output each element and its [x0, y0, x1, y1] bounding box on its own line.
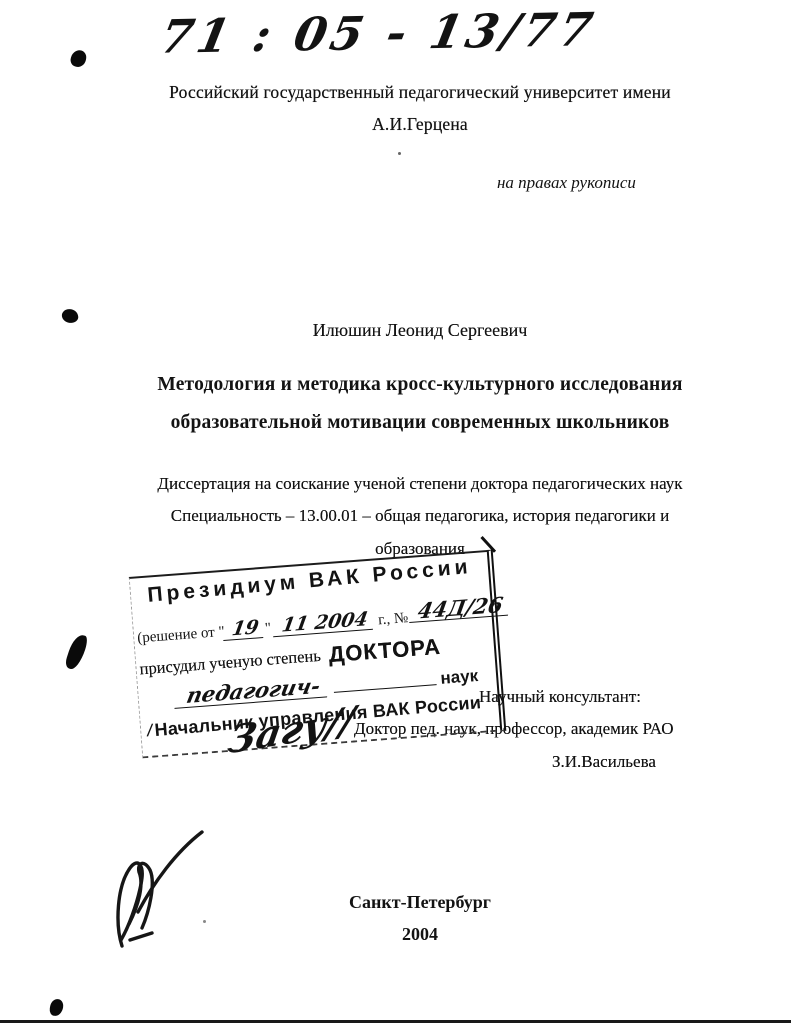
- university-name-line2: А.И.Герцена: [70, 114, 770, 135]
- ink-blot: [69, 48, 88, 68]
- dissertation-title-line1: Методология и методика кросс-культурного…: [70, 374, 770, 396]
- stamp-handwritten-day: 19: [223, 618, 267, 641]
- specialty-line1: Специальность – 13.00.01 – общая педагог…: [70, 506, 770, 526]
- stamp-degree-value: ДОКТОРА: [328, 634, 442, 667]
- dissertation-title-line2: образовательной мотивации современных шк…: [70, 412, 770, 434]
- stamp-bracket-mark: /: [146, 720, 154, 741]
- stamp-number-label: г., №: [374, 610, 413, 629]
- vak-presidium-stamp: Президиум ВАК России (решение от "19" 11…: [129, 550, 507, 759]
- stamp-handwritten-number: 44Д/26: [410, 593, 512, 623]
- stamp-awarded-text: присудил ученую степень: [139, 646, 322, 679]
- scanned-dissertation-title-page: 71 : 05 - 13/77 Российский государственн…: [0, 0, 791, 1024]
- stamp-decision-prefix: (решение от ": [137, 624, 226, 647]
- university-name-line1: Российский государственный педагогически…: [70, 82, 770, 103]
- call-number-handwritten: 71 : 05 - 13/77: [156, 2, 601, 64]
- stamp-decision-line: (решение от "19" 11 2004 г., № 44Д/26: [136, 596, 511, 647]
- speck: [398, 152, 401, 155]
- author-name: Илюшин Леонид Сергеевич: [70, 320, 770, 341]
- scan-bottom-edge: [0, 1020, 791, 1023]
- dissertation-type-line: Диссертация на соискание ученой степени …: [70, 474, 770, 494]
- stamp-field-suffix: наук: [440, 666, 479, 689]
- stamp-official-signature: Загу//: [225, 697, 358, 763]
- city: Санкт-Петербург: [70, 892, 770, 913]
- stamp-handwritten-month-year: 11 2004: [273, 609, 376, 637]
- consultant-name: З.И.Васильева: [552, 752, 656, 772]
- stamp-blank-line: [334, 683, 437, 693]
- ink-blot: [64, 633, 89, 672]
- year: 2004: [70, 924, 770, 945]
- ink-blot: [49, 998, 64, 1017]
- speck: [203, 920, 206, 923]
- manuscript-rights-note: на правах рукописи: [497, 173, 636, 193]
